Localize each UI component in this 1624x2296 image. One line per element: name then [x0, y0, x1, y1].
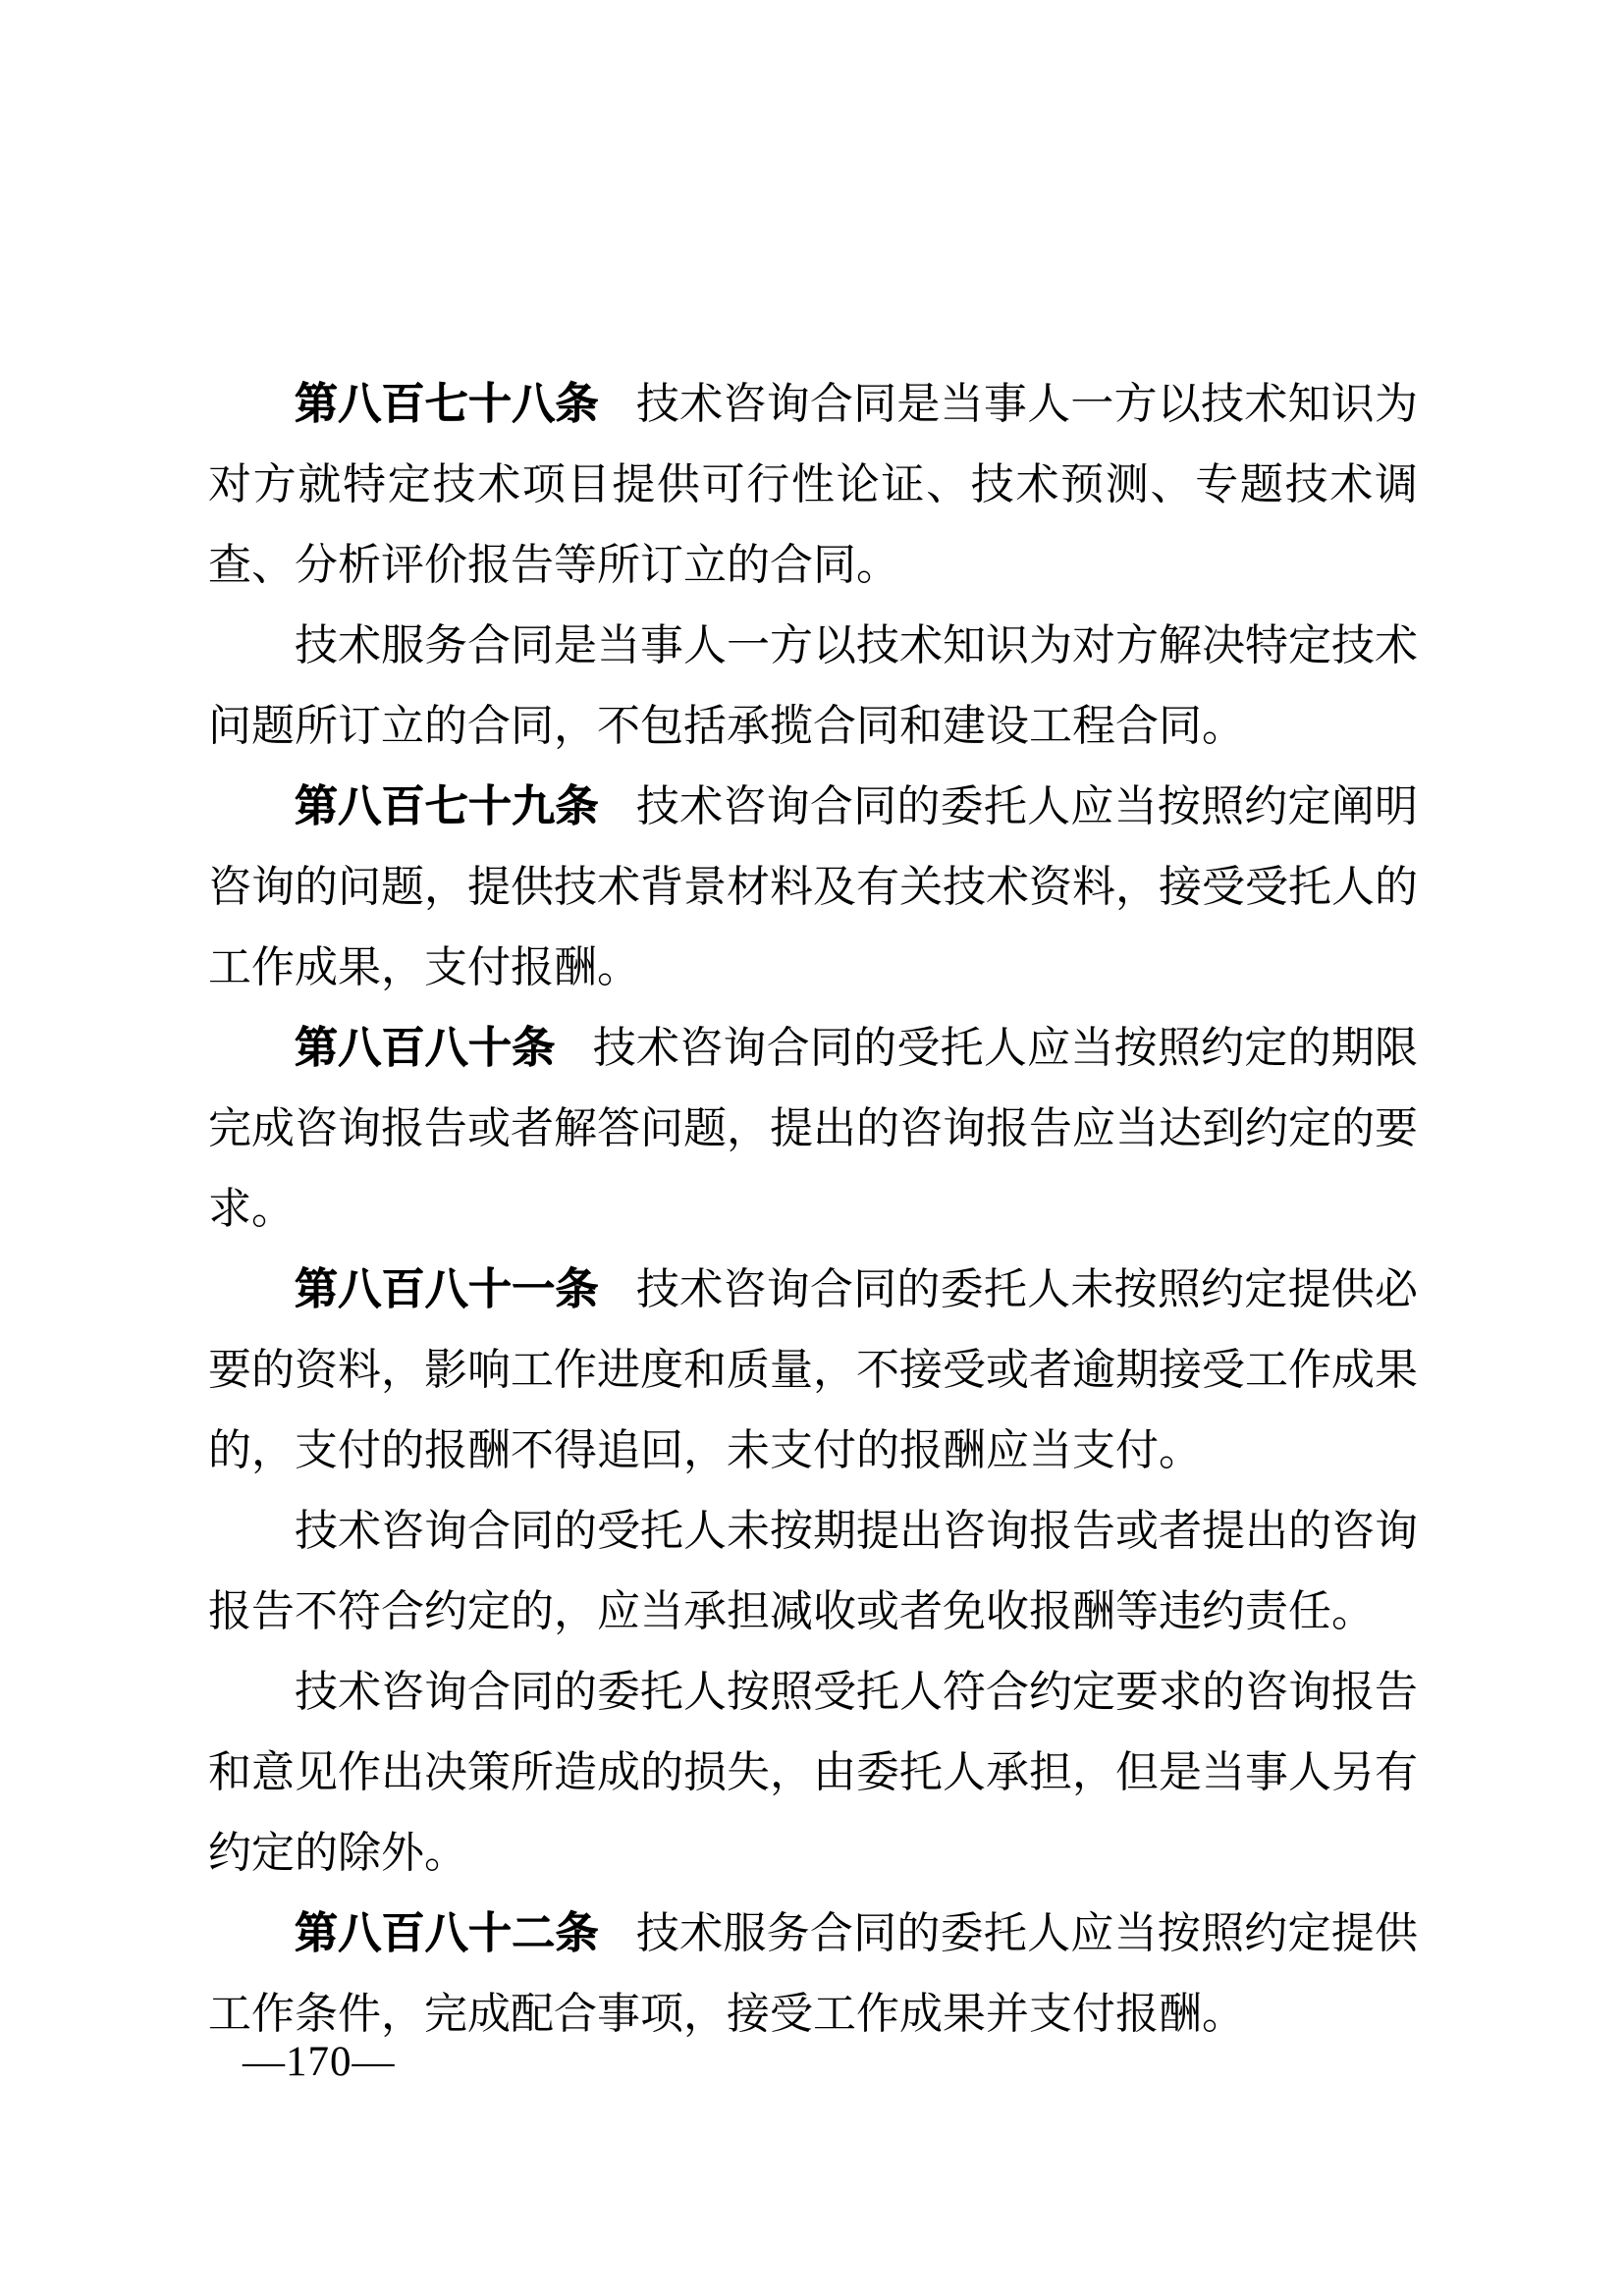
- article-number: 第八百七十九条: [295, 782, 599, 830]
- article-text: 技术咨询合同的委托人按照受托人符合约定要求的咨询报告和意见作出决策所造成的损失，…: [208, 1668, 1418, 1877]
- article-paragraph: 第八百七十九条技术咨询合同的委托人应当按照约定阐明咨询的问题，提供技术背景材料及…: [208, 767, 1418, 1008]
- article-number: 第八百七十八条: [295, 380, 599, 428]
- article-text: 技术咨询合同的受托人未按期提出咨询报告或者提出的咨询报告不符合约定的，应当承担减…: [208, 1507, 1418, 1635]
- article-paragraph: 第八百七十八条技术咨询合同是当事人一方以技术知识为对方就特定技术项目提供可行性论…: [208, 364, 1418, 606]
- article-paragraph: 技术服务合同是当事人一方以技术知识为对方解决特定技术问题所订立的合同，不包括承揽…: [208, 606, 1418, 767]
- page-number: —170—: [243, 2040, 396, 2085]
- article-number: 第八百八十一条: [295, 1265, 599, 1313]
- article-paragraph: 第八百八十一条技术咨询合同的委托人未按照约定提供必要的资料，影响工作进度和质量，…: [208, 1250, 1418, 1491]
- article-text: 技术服务合同是当事人一方以技术知识为对方解决特定技术问题所订立的合同，不包括承揽…: [208, 621, 1418, 750]
- article-paragraph: 第八百八十二条技术服务合同的委托人应当按照约定提供工作条件，完成配合事项，接受工…: [208, 1894, 1418, 2055]
- text-block: 第八百七十八条技术咨询合同是当事人一方以技术知识为对方就特定技术项目提供可行性论…: [208, 364, 1418, 2055]
- article-paragraph: 第八百八十条技术咨询合同的受托人应当按照约定的期限完成咨询报告或者解答问题，提出…: [208, 1008, 1418, 1250]
- article-paragraph: 技术咨询合同的委托人按照受托人符合约定要求的咨询报告和意见作出决策所造成的损失，…: [208, 1652, 1418, 1894]
- article-paragraph: 技术咨询合同的受托人未按期提出咨询报告或者提出的咨询报告不符合约定的，应当承担减…: [208, 1491, 1418, 1652]
- article-number: 第八百八十二条: [295, 1909, 599, 1957]
- document-page: 第八百七十八条技术咨询合同是当事人一方以技术知识为对方就特定技术项目提供可行性论…: [0, 0, 1624, 2296]
- article-number: 第八百八十条: [295, 1024, 555, 1072]
